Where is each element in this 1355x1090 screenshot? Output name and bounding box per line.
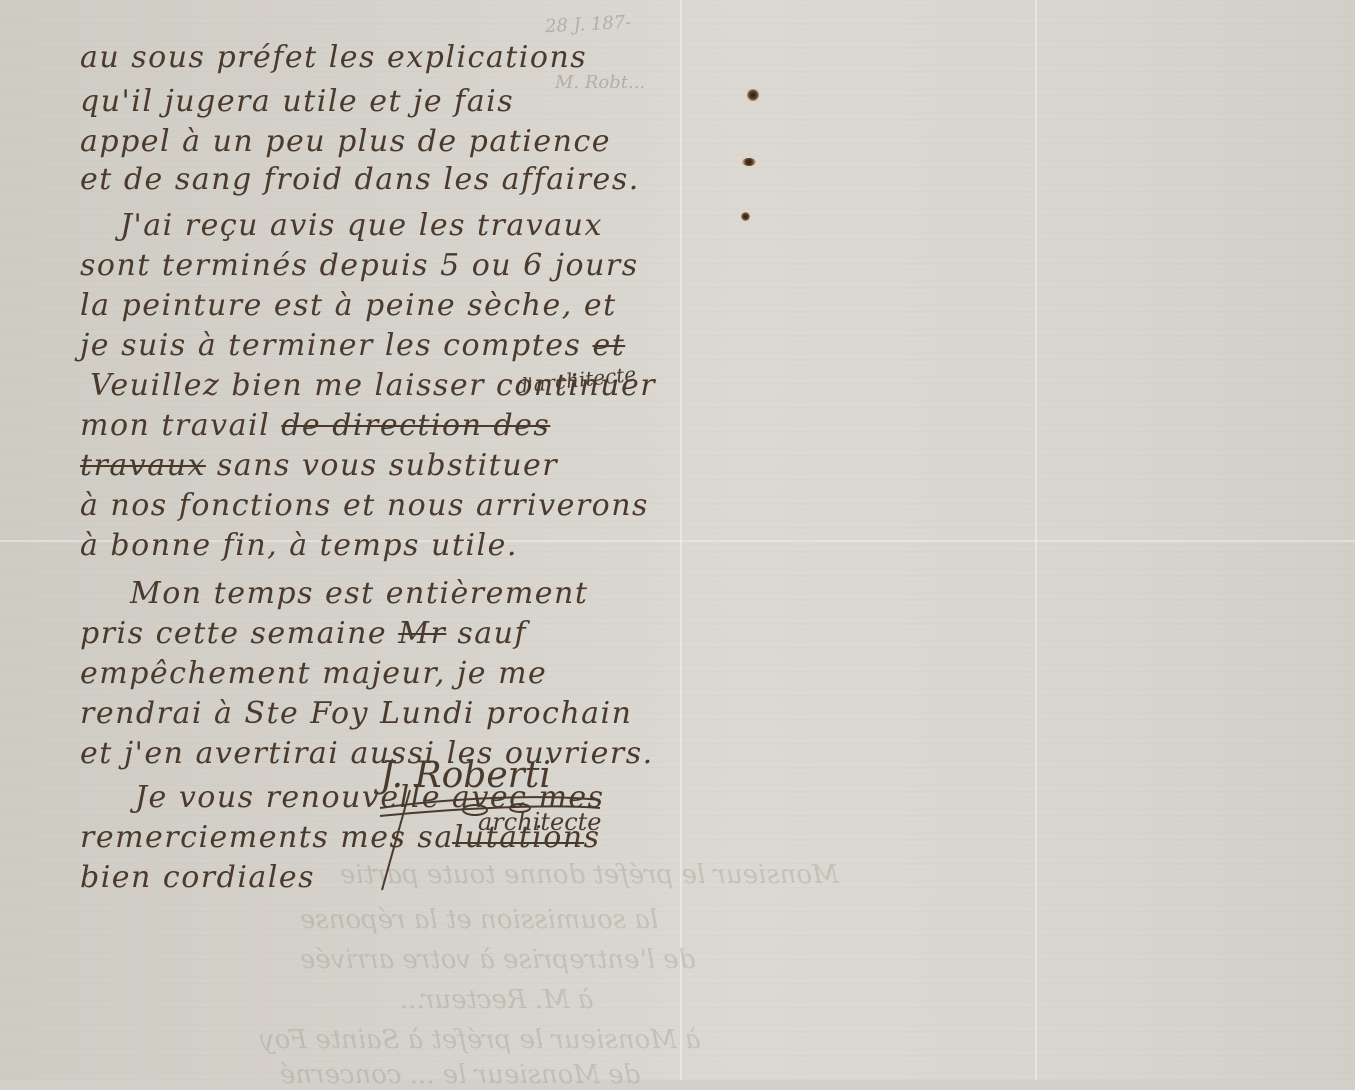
pencil-date-note: 28 J. 187- [545,12,632,37]
signature-underline [452,842,584,844]
letter-line: appel à un peu plus de patience [80,124,611,159]
letter-line-text: je suis à terminer les comptes [80,328,581,363]
signature-title: architecte [478,808,602,836]
letter-line: sont terminés depuis 5 ou 6 jours [80,248,639,283]
letter-line: rendrai à Ste Foy Lundi prochain [80,696,632,731]
struck-word: et [592,328,625,363]
letter-line: la peinture est à peine sèche, et [80,288,617,323]
pin-hole [742,158,756,166]
pin-hole [747,89,759,101]
bleed-through-line: la soumission et la réponse [300,905,658,935]
bleed-through-line: à M. Recteur... [400,985,593,1015]
letter-line: à bonne fin, à temps utile. [80,528,518,563]
letter-line-text: mon travail [80,408,270,443]
letter-line: Mon temps est entièrement [130,576,588,611]
paper-sheet: 28 J. 187- M. Robt... Monsieur le préfet… [0,0,1355,1080]
bleed-through-line: à Monsieur le préfet à Sainte Foy [260,1025,701,1055]
letter-line-text: sans vous substituer [217,448,558,483]
letter-line: mon travail de direction des [80,408,550,443]
struck-text: travaux [80,448,206,483]
letter-line: travaux sans vous substituer [80,448,558,483]
letter-line: bien cordiales [80,860,315,895]
letter-line: J'ai reçu avis que les travaux [120,208,603,243]
letter-line-text: pris cette semaine [80,616,387,651]
signature-flourish [370,780,610,900]
letter-line: empêchement majeur, je me [80,656,547,691]
struck-text: de direction des [281,408,550,443]
pencil-initials-note: M. Robt... [555,72,645,93]
letter-line: à nos fonctions et nous arriverons [80,488,649,523]
letter-line: et de sang froid dans les affaires. [80,162,640,197]
struck-word: Mr [398,616,446,651]
bleed-through-line: de l'entreprise à votre arrivée [300,945,695,975]
letter-line: au sous préfet les explications [80,40,587,75]
letter-line: je suis à terminer les comptes et [80,328,625,363]
letter-line: pris cette semaine Mr sauf [80,616,527,651]
letter-line: et j'en avertirai aussi les ouvriers. [80,736,654,771]
letter-line-text: sauf [457,616,527,651]
letter-line: qu'il jugera utile et je fais [80,84,514,119]
bleed-through-line: de Monsieur le ... concerné [280,1060,640,1080]
pin-hole [741,212,750,221]
